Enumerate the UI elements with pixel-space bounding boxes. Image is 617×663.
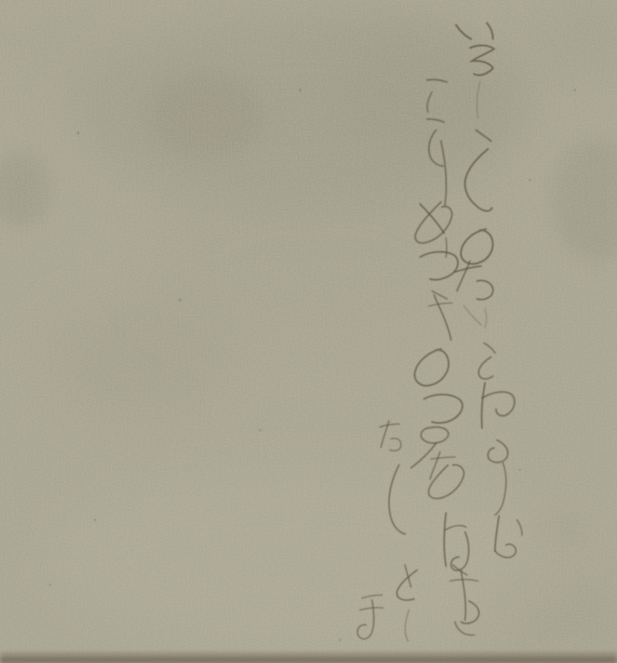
brush-stroke — [446, 238, 447, 257]
bottom-edge-line — [0, 659, 617, 663]
paper-surface — [0, 0, 617, 663]
calligraphy-artwork — [0, 0, 617, 663]
paper-grain-light — [0, 0, 617, 663]
